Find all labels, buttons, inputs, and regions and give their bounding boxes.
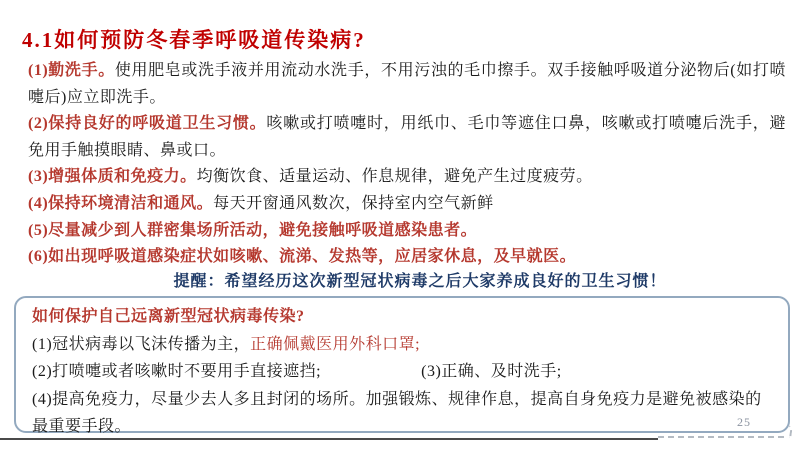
box-line-2-left: (2)打喷嚏或者咳嗽时不要用手直接遮挡; — [32, 363, 321, 380]
dashed-underline-hook — [783, 425, 793, 439]
point-text: 每天开窗通风数次，保持室内空气新鲜 — [213, 195, 494, 212]
list-item-3: (3)增强体质和免疫力。均衡饮食、适量运动、作息规律，避免产生过度疲劳。 — [28, 164, 786, 191]
page-number: 25 — [737, 415, 751, 430]
box-line-1-black: (1)冠状病毒以飞沫传播为主， — [32, 336, 250, 353]
box-heading: 如何保护自己远离新型冠状病毒传染? — [32, 303, 772, 331]
dashed-underline — [658, 436, 784, 438]
reminder-text: 提醒：希望经历这次新型冠状病毒之后大家养成良好的卫生习惯！ — [0, 268, 800, 291]
list-item-6: (6)如出现呼吸道感染症状如咳嗽、流涕、发热等，应居家休息，及早就医。 — [28, 244, 786, 271]
point-text: 使用肥皂或洗手液并用流动水洗手，不用污浊的毛巾擦手。双手接触呼吸道分泌物后(如打… — [28, 62, 786, 106]
box-line-3: (4)提高免疫力，尽量少去人多且封闭的场所。加强锻炼、规律作息，提高自身免疫力是… — [32, 386, 772, 441]
presentation-slide: 4.1如何预防冬春季呼吸道传染病? (1)勤洗手。使用肥皂或洗手液并用流动水洗手… — [0, 0, 800, 450]
box-line-1-red: 正确佩戴医用外科口罩; — [250, 336, 420, 353]
box-line-2: (2)打喷嚏或者咳嗽时不要用手直接遮挡;(3)正确、及时洗手; — [32, 358, 772, 386]
list-item-5: (5)尽量减少到人群密集场所活动，避免接触呼吸道感染患者。 — [28, 218, 786, 245]
list-item-2: (2)保持良好的呼吸道卫生习惯。咳嗽或打喷嚏时，用纸巾、毛巾等遮住口鼻，咳嗽或打… — [28, 111, 786, 164]
list-item-4: (4)保持环境清洁和通风。每天开窗通风数次，保持室内空气新鲜 — [28, 191, 786, 218]
point-text: 均衡饮食、适量运动、作息规律，避免产生过度疲劳。 — [197, 168, 593, 185]
point-lead: (1)勤洗手。 — [28, 62, 115, 79]
point-lead: (2)保持良好的呼吸道卫生习惯。 — [28, 115, 266, 132]
point-lead: (5)尽量减少到人群密集场所活动，避免接触呼吸道感染患者。 — [28, 222, 477, 239]
point-lead: (6)如出现呼吸道感染症状如咳嗽、流涕、发热等，应居家休息，及早就医。 — [28, 248, 576, 265]
point-lead: (3)增强体质和免疫力。 — [28, 168, 197, 185]
slide-title: 4.1如何预防冬春季呼吸道传染病? — [22, 24, 366, 54]
protection-tips-box: 如何保护自己远离新型冠状病毒传染? (1)冠状病毒以飞沫传播为主，正确佩戴医用外… — [14, 296, 790, 433]
point-lead: (4)保持环境清洁和通风。 — [28, 195, 213, 212]
prevention-list: (1)勤洗手。使用肥皂或洗手液并用流动水洗手，不用污浊的毛巾擦手。双手接触呼吸道… — [28, 58, 786, 271]
box-line-2-right: (3)正确、及时洗手; — [421, 363, 562, 380]
box-line-1: (1)冠状病毒以飞沫传播为主，正确佩戴医用外科口罩; — [32, 331, 772, 359]
list-item-1: (1)勤洗手。使用肥皂或洗手液并用流动水洗手，不用污浊的毛巾擦手。双手接触呼吸道… — [28, 58, 786, 111]
slide-bottom-rule — [0, 438, 658, 440]
